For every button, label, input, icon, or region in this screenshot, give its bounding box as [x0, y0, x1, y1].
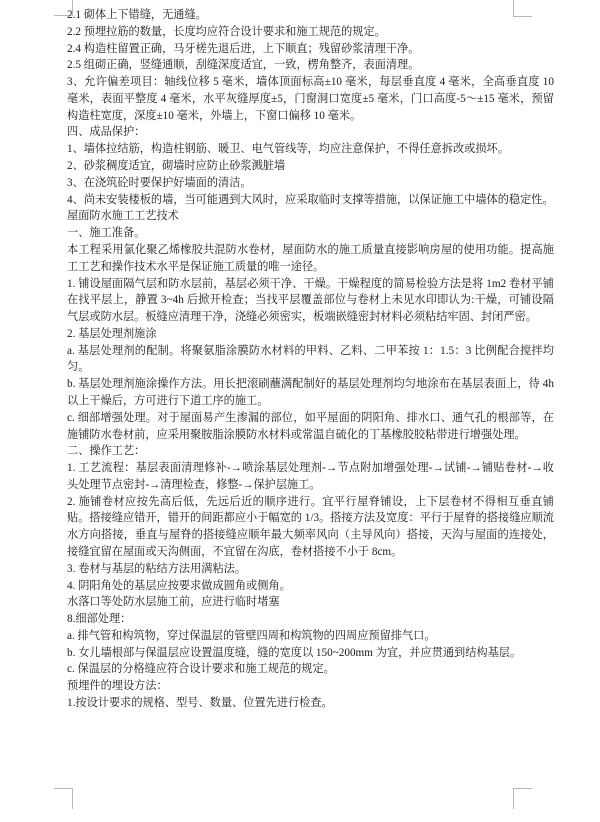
paragraph: 3、在浇筑砼时要保护好墙面的清洁。 — [67, 175, 554, 192]
paragraph: 2、砂浆稠度适宜，砌墙时应防止砂浆溅脏墙 — [67, 158, 554, 175]
paragraph: 2.2 预埋拉筋的数量，长度均应符合设计要求和施工规范的规定。 — [67, 24, 554, 41]
paragraph: 2.1 砌体上下错缝，无通缝。 — [67, 7, 554, 24]
paragraph: 2. 基层处理剂施涂 — [67, 326, 554, 343]
paragraph: 4、尚未安装楼板的墙，当可能遇到大风时，应采取临时支撑等措施，以保证施工中墙体的… — [67, 192, 554, 209]
paragraph: 8.细部处理： — [67, 611, 554, 628]
paragraph: 1.按设计要求的规格、型号、数量、位置先进行检查。 — [67, 695, 554, 712]
paragraph: 水落口等处防水层施工前，应进行临时堵塞 — [67, 594, 554, 611]
paragraph: 预埋件的埋设方法： — [67, 678, 554, 695]
crop-mark-bottom-right — [513, 788, 532, 809]
paragraph: 2.4 构造柱留置正确，马牙槎先退后进，上下顺直；残留砂浆清理干净。 — [67, 41, 554, 58]
crop-mark-bottom-left — [54, 788, 73, 809]
paragraph: 二、操作工艺： — [67, 443, 554, 460]
paragraph: 2. 施铺卷材应按先高后低，先远后近的顺序进行。宜平行屋脊铺设，上下层卷材不得相… — [67, 494, 554, 561]
paragraph: c. 保温层的分格缝应符合设计要求和施工规范的规定。 — [67, 661, 554, 678]
paragraph: 一、施工准备。 — [67, 225, 554, 242]
paragraph: b. 女儿墙根部与保温层应设置温度缝，缝的宽度以 150~200mm 为宜，并应… — [67, 645, 554, 662]
paragraph: 4. 阴阳角处的基层应按要求做成圆角或侧角。 — [67, 578, 554, 595]
paragraph: 1. 工艺流程：基层表面清理修补-→喷涂基层处理剂-→节点附加增强处理-→试铺-… — [67, 460, 554, 494]
paragraph: 四、成品保护： — [67, 124, 554, 141]
paragraph: c. 细部增强处理。对于屋面易产生渗漏的部位，如平屋面的阴阳角、排水口、通气孔的… — [67, 410, 554, 444]
paragraph: 屋面防水施工工艺技术 — [67, 208, 554, 225]
paragraph: b. 基层处理剂施涂操作方法。用长把滚刷蘸满配制好的基层处理剂均匀地涂布在基层表… — [67, 376, 554, 410]
paragraph: a. 排气管和构筑物，穿过保温层的管壁四周和构筑物的四周应预留排气口。 — [67, 628, 554, 645]
document-page: 2.1 砌体上下错缝，无通缝。2.2 预埋拉筋的数量，长度均应符合设计要求和施工… — [0, 0, 600, 822]
paragraph: 3. 卷材与基层的粘结方法用满粘法。 — [67, 561, 554, 578]
paragraph: 1. 铺设屋面隔气层和防水层前，基层必须干净、干燥。干燥程度的简易检验方法是将 … — [67, 276, 554, 326]
document-text-block: 2.1 砌体上下错缝，无通缝。2.2 预埋拉筋的数量，长度均应符合设计要求和施工… — [67, 7, 554, 712]
paragraph: 本工程采用氯化聚乙烯橡胶共混防水卷材，屋面防水的施工质量直接影响房屋的使用功能。… — [67, 242, 554, 276]
paragraph: 1、墙体拉结筋，构造柱钢筋、暖卫、电气管线等，均应注意保护，不得任意拆改或损坏。 — [67, 141, 554, 158]
paragraph: a. 基层处理剂的配制。将聚氨脂涂膜防水材料的甲料、乙料、二甲苯按 1：1.5：… — [67, 343, 554, 377]
paragraph: 2.5 组砌正确，竖缝通顺，刮缝深度适宜，一致，楞角整齐，表面清理。 — [67, 57, 554, 74]
paragraph: 3、允许偏差项目：轴线位移 5 毫米，墙体顶面标高±10 毫米，每层垂直度 4 … — [67, 74, 554, 124]
